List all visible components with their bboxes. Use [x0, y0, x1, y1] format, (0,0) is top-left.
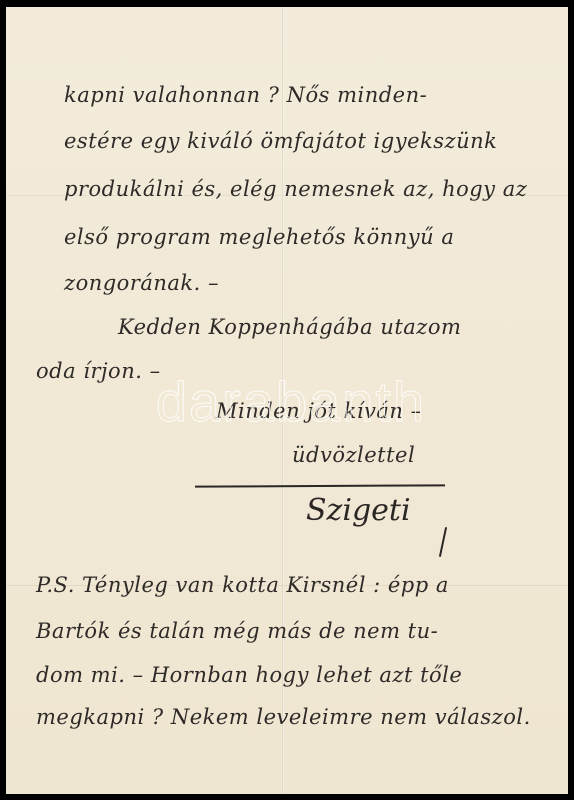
postscript-line-1: P.S. Tényleg van kotta Kirsnél : épp a [36, 573, 449, 597]
closing-line-2: üdvözlettel [292, 443, 415, 467]
signature: Szigeti [306, 493, 411, 528]
body-line-7: oda írjon. – [36, 359, 161, 383]
signature-underline [195, 484, 445, 487]
letter-page: kapni valahonnan ? Nős minden- estére eg… [6, 7, 568, 794]
closing-line-1: Minden jót kíván – [216, 399, 422, 423]
postscript-line-2: Bartók és talán még más de nem tu- [36, 619, 438, 643]
body-line-4: első program meglehetős könnyű a [64, 225, 454, 249]
body-line-2: estére egy kiváló ömfajátot igyekszünk [64, 129, 497, 153]
body-line-6: Kedden Koppenhágába utazom [118, 315, 461, 339]
postscript-line-4: megkapni ? Nekem leveleimre nem válaszol… [36, 705, 531, 729]
body-line-1: kapni valahonnan ? Nős minden- [64, 83, 427, 107]
signature-flourish [439, 527, 447, 557]
body-line-5: zongorának. – [64, 271, 219, 295]
body-line-3: produkálni és, elég nemesnek az, hogy az [64, 177, 527, 201]
postscript-line-3: dom mi. – Hornban hogy lehet azt tőle [36, 663, 462, 687]
